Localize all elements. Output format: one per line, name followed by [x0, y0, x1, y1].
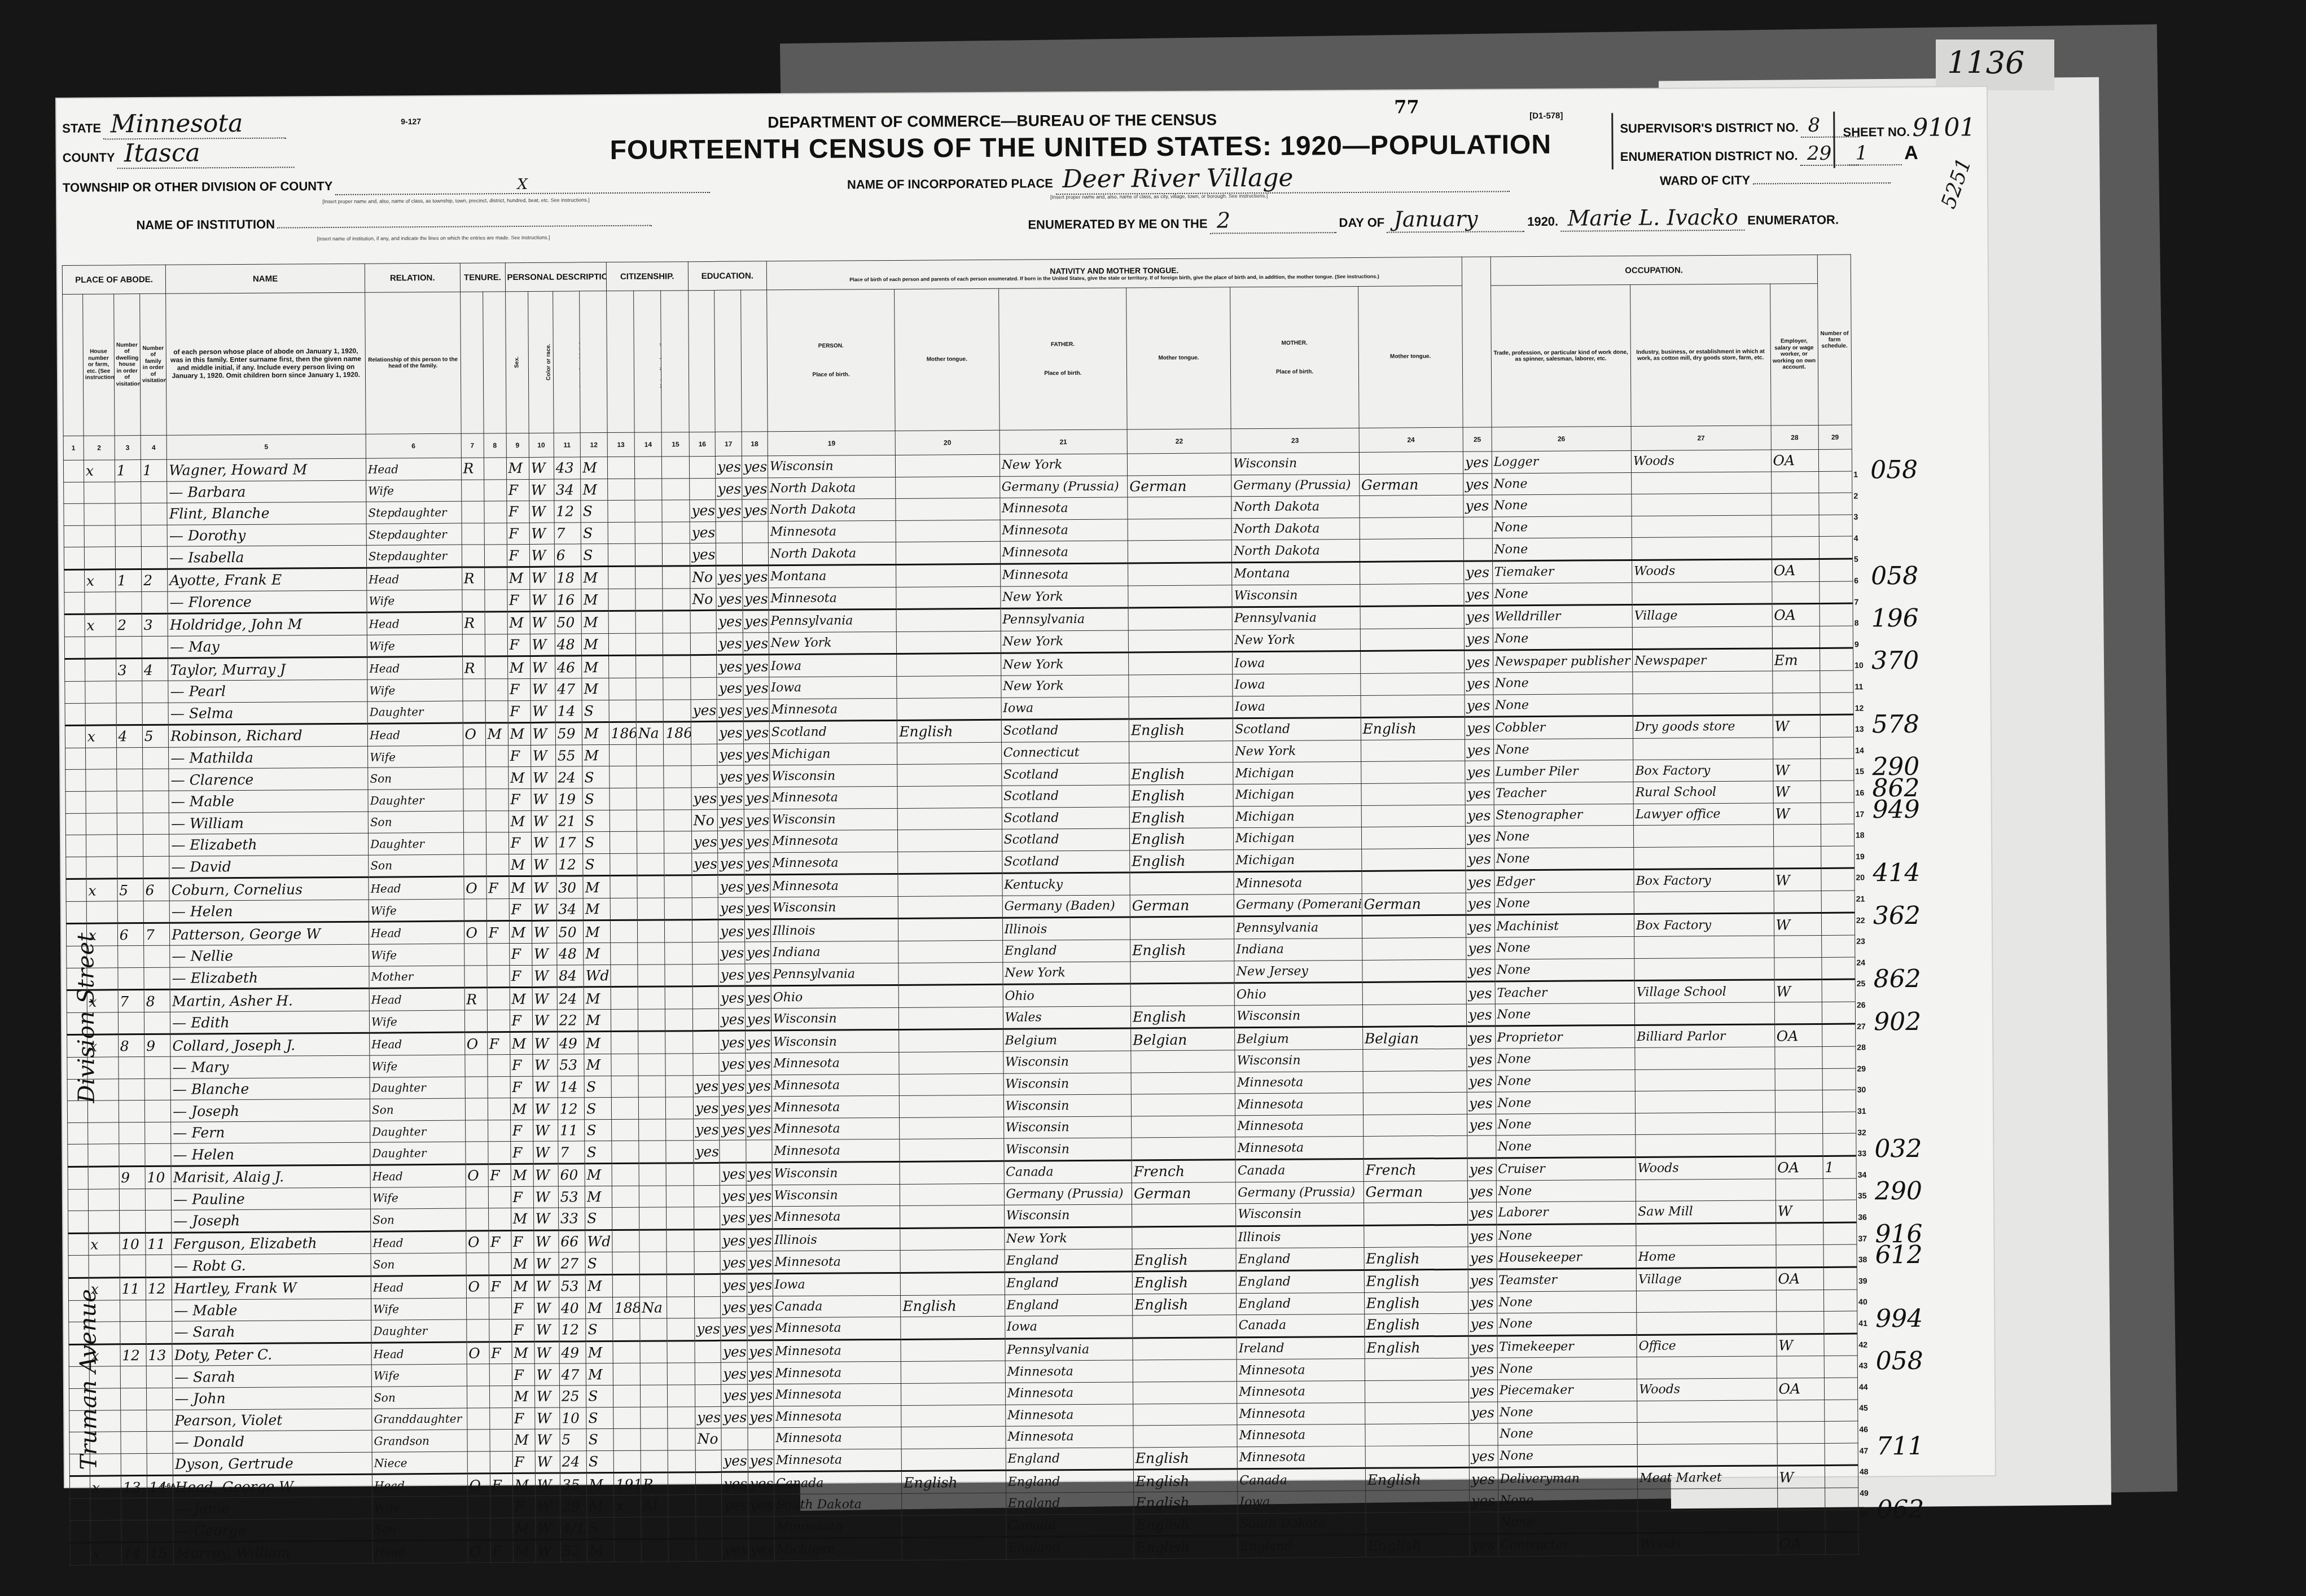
cell-family: 2: [141, 569, 168, 591]
cell-imm: [613, 1450, 641, 1473]
cell-birth: Minnesota: [770, 830, 898, 853]
cell-ftongue: English: [1133, 1446, 1238, 1470]
cell-street: [70, 1542, 90, 1565]
cell-dwelling: [120, 1432, 147, 1454]
cell-relation: Daughter: [368, 789, 463, 812]
cell-family: [147, 1498, 174, 1520]
cell-tongue: [900, 1227, 1005, 1251]
cell-farm: [1820, 648, 1853, 670]
cell-school: yes: [691, 831, 718, 853]
cell-sex: F: [510, 1010, 532, 1032]
cell-english: yes: [1464, 561, 1493, 584]
cell-imm: [608, 566, 635, 589]
cell-relation: Head: [370, 1164, 466, 1187]
cell-name: Patterson, George W: [170, 922, 369, 946]
cell-farm: [1822, 1024, 1855, 1046]
cell-color: W: [534, 1275, 559, 1297]
state-value: Minnesota: [103, 109, 286, 140]
cell-imm: [612, 1163, 639, 1186]
cell-dwelling: [115, 481, 141, 503]
cell-house: [90, 1498, 121, 1520]
cell-natyr: [668, 1385, 695, 1407]
cell-age: 17: [556, 832, 583, 854]
cell-employer: [1777, 1356, 1824, 1378]
cell-trade: Cruiser: [1496, 1157, 1636, 1180]
cell-ftongue: [1129, 652, 1233, 675]
cell-farm: [1824, 1400, 1857, 1422]
cell-write: yes: [745, 1053, 771, 1075]
cell-mbirth: Indiana: [1234, 938, 1362, 961]
cell-mtongue: [1364, 1202, 1468, 1225]
cell-age: 14: [555, 700, 582, 722]
cell-employer: [1773, 737, 1820, 759]
cell-name: Wagner, Howard M: [167, 458, 366, 481]
cell-write: [742, 521, 769, 543]
cell-write: yes: [746, 1097, 772, 1119]
cell-tongue: [896, 586, 1001, 610]
column-number: 21: [999, 429, 1128, 454]
cell-dwelling: 6: [117, 923, 144, 946]
cell-dwelling: 7: [118, 990, 144, 1012]
cell-natyr: [667, 1340, 695, 1363]
cell-write: yes: [747, 1384, 774, 1406]
cell-age: 25: [559, 1385, 586, 1408]
cell-mortgaged: [489, 1408, 512, 1430]
cell-write: yes: [748, 1449, 774, 1472]
cell-english: yes: [1463, 495, 1492, 517]
cell-ftongue: English: [1129, 762, 1234, 785]
cell-mtongue: [1364, 1225, 1468, 1248]
cell-sex: M: [510, 1032, 532, 1055]
cell-read: yes: [716, 610, 743, 633]
cell-family: [145, 1210, 172, 1233]
cell-age: 48: [555, 634, 582, 656]
cell-sex: M: [508, 810, 531, 832]
cell-fbirth: Minnesota: [999, 497, 1128, 520]
occupation-code: 196: [1871, 604, 1919, 633]
cell-farm: [1818, 471, 1852, 493]
department-heading: DEPARTMENT OF COMMERCE—BUREAU OF THE CEN…: [768, 111, 1217, 131]
cell-dwelling: [118, 1057, 144, 1079]
cell-mtongue: [1361, 826, 1466, 849]
cell-write: yes: [745, 1031, 771, 1053]
cell-read: yes: [720, 1274, 747, 1296]
cell-fbirth: Germany (Baden): [1002, 895, 1130, 918]
cell-employer: [1772, 515, 1819, 537]
cell-natyr: [664, 831, 692, 853]
cell-trade: None: [1495, 1047, 1635, 1070]
cell-birth: Minnesota: [774, 1449, 902, 1472]
cell-ftongue: [1128, 630, 1233, 653]
column-number: 3: [115, 436, 141, 460]
cell-sex: M: [508, 723, 531, 746]
cell-nat: [638, 942, 665, 964]
cell-mtongue: English: [1365, 1336, 1469, 1359]
cell-tongue: [901, 1405, 1006, 1427]
cell-industry: [1637, 1312, 1777, 1335]
cell-english: yes: [1468, 1269, 1497, 1292]
cell-age: 55: [555, 745, 582, 767]
cell-farm: [1822, 979, 1855, 1002]
cell-english: yes: [1465, 673, 1493, 695]
enumerator-name: Marie L. Ivacko: [1560, 205, 1744, 232]
cell-imm: [611, 1076, 639, 1098]
cell-ftongue: English: [1132, 1293, 1237, 1316]
cell-dwelling: [117, 856, 143, 879]
cell-employer: W: [1775, 1200, 1823, 1223]
cell-tongue: [896, 520, 1000, 542]
cell-write: yes: [743, 765, 770, 787]
cell-fbirth: Belgium: [1003, 1028, 1131, 1051]
cell-mtongue: [1363, 1092, 1467, 1115]
cell-imm: [608, 589, 635, 611]
cell-relation: Daughter: [367, 701, 463, 724]
cell-dwelling: [120, 1255, 146, 1278]
cell-school: [689, 456, 716, 478]
cell-owned: [466, 1297, 489, 1319]
cell-owned: [464, 966, 486, 988]
cell-relation: Head: [371, 1275, 466, 1299]
cell-relation: Wife: [367, 634, 462, 657]
cell-marital: S: [585, 1208, 612, 1230]
cell-write: yes: [742, 499, 768, 521]
cell-fbirth: Wales: [1003, 1006, 1131, 1029]
cell-english: [1463, 538, 1492, 561]
cell-english: [1467, 1135, 1496, 1158]
cell-english: yes: [1468, 1225, 1497, 1247]
cell-imm: [612, 1318, 640, 1341]
line-number: 42: [1858, 1340, 1867, 1349]
cell-birth: Wisconsin: [772, 1184, 900, 1207]
cell-sex: F: [510, 1054, 532, 1076]
cell-relation: Grandson: [372, 1430, 467, 1452]
cell-color: W: [535, 1473, 560, 1496]
cell-nat: [640, 1385, 668, 1407]
cell-owned: [467, 1452, 490, 1474]
cell-school: No: [690, 565, 716, 588]
line-number: 20: [1856, 873, 1865, 882]
cell-read: yes: [717, 699, 743, 722]
cell-relation: Wife: [367, 590, 462, 613]
column-number: 17: [715, 432, 742, 456]
cell-trade: Logger: [1492, 450, 1632, 473]
cell-owned: [465, 1120, 488, 1142]
cell-tongue: [896, 476, 1000, 499]
cell-school: [692, 986, 719, 1009]
cell-employer: [1776, 1290, 1823, 1312]
cell-english: yes: [1463, 451, 1492, 473]
cell-fbirth: New York: [1001, 675, 1129, 698]
cell-age: 12: [556, 854, 583, 876]
enumeration-district-field: ENUMERATION DISTRICT NO. 29: [1620, 142, 1860, 167]
cell-employer: OA: [1778, 1532, 1825, 1554]
cell-marital: M: [584, 920, 611, 943]
cell-fbirth: Minnesota: [1000, 541, 1128, 564]
cell-trade: None: [1498, 1511, 1638, 1534]
cell-farm: [1822, 1112, 1856, 1134]
cell-write: yes: [743, 677, 769, 699]
group-place-of-abode: PLACE OF ABODE.: [62, 265, 166, 294]
cell-trade: None: [1498, 1444, 1638, 1467]
cell-school: yes: [695, 1406, 722, 1428]
cell-birth: Wisconsin: [771, 1030, 900, 1053]
cell-dwelling: 8: [118, 1034, 144, 1057]
cell-owned: [467, 1408, 489, 1430]
ward-label: WARD OF CITY: [1660, 173, 1750, 188]
cell-birth: Minnesota: [771, 1117, 900, 1140]
cell-imm: [613, 1341, 641, 1363]
cell-marital: M: [581, 633, 608, 656]
enumeration-date-field: ENUMERATED BY ME ON THE 2 DAY OF January…: [1028, 204, 1839, 235]
cell-english: yes: [1470, 1534, 1498, 1556]
cell-trade: None: [1496, 1069, 1636, 1092]
cell-birth: Minnesota: [770, 852, 898, 875]
cell-fbirth: Pennsylvania: [1001, 608, 1129, 631]
cell-fbirth: Iowa: [1005, 1316, 1133, 1339]
cell-mtongue: [1360, 517, 1464, 540]
cell-school: No: [690, 588, 717, 611]
cell-house: [84, 547, 115, 569]
cell-write: yes: [746, 1185, 773, 1207]
cell-birth: Wisconsin: [770, 808, 898, 831]
cell-color: W: [532, 1010, 557, 1032]
cell-industry: Saw Mill: [1636, 1200, 1776, 1224]
cell-mtongue: [1365, 1402, 1469, 1424]
cell-age: 19: [556, 788, 583, 810]
cell-read: yes: [721, 1384, 748, 1406]
cell-birth: Minnesota: [771, 1052, 900, 1075]
cell-fbirth: Illinois: [1002, 917, 1130, 940]
cell-owned: [461, 501, 484, 523]
cell-english: yes: [1465, 761, 1494, 783]
cell-natyr: [662, 478, 690, 500]
occupation-code: 994: [1875, 1304, 1923, 1334]
cell-fbirth: Scotland: [1002, 785, 1130, 808]
cell-mortgaged: [489, 1253, 511, 1275]
cell-name: — David: [169, 855, 369, 879]
cell-owned: [463, 789, 486, 811]
cell-trade: Welldriller: [1493, 605, 1633, 628]
cell-natyr: [668, 1428, 695, 1450]
cell-street: [65, 725, 85, 748]
cell-industry: [1633, 671, 1773, 694]
group-personal-description: PERSONAL DESCRIPTION.: [505, 262, 606, 292]
line-number: 36: [1858, 1212, 1867, 1221]
cell-write: yes: [748, 1472, 774, 1494]
cell-read: [720, 1140, 746, 1163]
cell-natyr: [666, 1119, 694, 1141]
cell-sex: M: [512, 1518, 535, 1540]
enumerated-month: January: [1387, 206, 1524, 233]
cell-trade: Proprietor: [1495, 1025, 1635, 1049]
township-note: [Insert proper name and, also, name of c…: [322, 197, 590, 204]
cell-color: W: [529, 567, 554, 589]
cell-age: 46: [555, 656, 582, 678]
cell-industry: Village: [1632, 604, 1772, 627]
header-family: Number of family in order of visitation.: [139, 293, 166, 435]
cell-ftongue: [1128, 563, 1233, 586]
cell-mortgaged: F: [489, 1341, 512, 1364]
cell-natyr: [667, 1318, 695, 1341]
cell-name: Doty, Peter C.: [172, 1343, 371, 1366]
cell-natyr: [665, 920, 692, 942]
cell-industry: Village School: [1634, 980, 1774, 1003]
cell-school: [690, 478, 716, 500]
cell-relation: Daughter: [370, 1142, 466, 1165]
cell-sex: F: [512, 1364, 534, 1386]
cell-color: W: [536, 1540, 560, 1562]
cell-natyr: [668, 1495, 696, 1517]
cell-english: yes: [1466, 848, 1494, 871]
cell-read: yes: [720, 1207, 747, 1229]
cell-sex: F: [508, 700, 531, 723]
cell-color: W: [533, 1208, 558, 1230]
header-person-birth: PERSON.Place of birth.: [766, 289, 895, 431]
cell-birth: Minnesota: [773, 1251, 901, 1274]
cell-industry: Village: [1636, 1268, 1776, 1291]
cell-trade: Teacher: [1494, 782, 1634, 804]
cell-imm: [613, 1363, 641, 1385]
cell-relation: Wife: [369, 899, 464, 922]
cell-birth: Illinois: [770, 919, 898, 942]
cell-mtongue: [1360, 606, 1465, 629]
cell-family: [147, 1431, 173, 1453]
cell-farm: [1823, 1222, 1857, 1245]
line-number: 47: [1860, 1446, 1869, 1455]
cell-read: yes: [718, 831, 744, 853]
cell-sex: F: [512, 1451, 535, 1474]
cell-ftongue: [1130, 961, 1235, 984]
cell-marital: S: [586, 1450, 613, 1473]
cell-read: yes: [718, 920, 745, 942]
cell-tongue: [902, 1493, 1006, 1515]
cell-relation: Son: [371, 1386, 467, 1409]
cell-tongue: [901, 1339, 1005, 1362]
cell-tongue: [898, 829, 1002, 852]
cell-write: yes: [745, 1009, 771, 1031]
cell-fbirth: Ohio: [1003, 984, 1131, 1007]
cell-mortgaged: F: [486, 921, 509, 944]
cell-mtongue: [1360, 628, 1465, 651]
cell-nat: [635, 479, 663, 501]
cell-age: 21: [556, 810, 583, 832]
cell-imm: [610, 831, 637, 853]
cell-name: Robinson, Richard: [169, 724, 368, 747]
cell-english: yes: [1469, 1401, 1498, 1423]
schedule-rows: x11Wagner, Howard MHeadRMW43MyesyesWisco…: [63, 449, 1858, 1565]
cell-relation: Head: [369, 876, 464, 900]
cell-imm: [613, 1517, 641, 1540]
cell-name: Ferguson, Elizabeth: [172, 1231, 371, 1255]
cell-birth: Wisconsin: [768, 455, 896, 477]
cell-ftongue: English: [1132, 1271, 1237, 1294]
cell-write: [742, 543, 769, 565]
cell-school: [695, 1363, 721, 1385]
cell-industry: [1638, 1488, 1778, 1511]
cell-mtongue: [1360, 584, 1464, 607]
cell-family: [143, 856, 170, 879]
column-number: 2: [84, 436, 115, 460]
cell-natyr: [662, 457, 690, 479]
sheet-number-value-field: 1 A: [1849, 142, 1918, 166]
cell-family: 10: [145, 1166, 172, 1189]
cell-family: [146, 1255, 172, 1278]
cell-farm: [1821, 781, 1854, 803]
cell-imm: [610, 876, 638, 898]
cell-relation: Head: [372, 1540, 468, 1563]
form-code: [D1-578]: [1529, 111, 1563, 121]
cell-trade: None: [1497, 1401, 1637, 1423]
cell-name: — Elizabeth: [169, 833, 369, 856]
cell-natyr: [663, 566, 690, 589]
group-nativity: NATIVITY AND MOTHER TONGUE. Place of bir…: [766, 257, 1462, 290]
cell-industry: Billiard Parlor: [1635, 1024, 1775, 1047]
cell-school: [696, 1516, 722, 1539]
cell-school: [694, 1296, 721, 1318]
cell-age: 14: [558, 1076, 585, 1098]
cell-read: yes: [719, 1031, 746, 1054]
cell-sex: M: [512, 1474, 535, 1496]
cell-color: W: [532, 921, 556, 944]
cell-tongue: [898, 940, 1003, 963]
cell-name: — Barbara: [167, 480, 366, 503]
cell-read: yes: [718, 897, 744, 920]
cell-birth: Scotland: [769, 721, 897, 744]
cell-owned: [464, 1010, 487, 1033]
cell-trade: Laborer: [1496, 1202, 1636, 1225]
cell-ftongue: [1128, 607, 1233, 630]
cell-owned: O: [464, 1032, 487, 1055]
cell-sex: F: [508, 832, 531, 854]
cell-school: [692, 920, 718, 942]
cell-nat: [639, 1230, 667, 1252]
header-naturalized: Naturalized or alien.: [634, 291, 662, 432]
cell-sex: M: [510, 1098, 533, 1120]
cell-street: [65, 703, 85, 726]
cell-owned: [467, 1386, 489, 1408]
cell-dwelling: 3: [116, 659, 142, 681]
cell-employer: [1777, 1510, 1825, 1532]
cell-tongue: [901, 1272, 1005, 1295]
cell-street: [65, 681, 85, 703]
cell-age: 24: [560, 1451, 587, 1474]
year-label: 1920.: [1527, 214, 1558, 229]
cell-mortgaged: [486, 899, 509, 922]
cell-read: [722, 1516, 748, 1539]
line-number: 9: [1855, 639, 1859, 648]
cell-english: yes: [1464, 628, 1493, 651]
cell-ftongue: [1130, 917, 1234, 940]
cell-name: Taylor, Murray J: [168, 657, 367, 681]
cell-nat: [638, 1009, 665, 1032]
cell-read: yes: [717, 765, 744, 787]
cell-fbirth: Minnesota: [1005, 1382, 1133, 1405]
cell-marital: S: [586, 1407, 613, 1429]
cell-house: [85, 681, 116, 703]
cell-mortgaged: [484, 501, 506, 523]
cell-english: yes: [1465, 783, 1494, 805]
cell-sex: M: [507, 612, 530, 634]
cell-age: 16: [555, 589, 582, 611]
cell-mortgaged: [485, 634, 507, 656]
cell-marital: M: [585, 1164, 612, 1186]
cell-dwelling: [115, 503, 141, 525]
cell-trade: None: [1492, 494, 1632, 517]
cell-marital: S: [581, 544, 608, 567]
cell-farm: [1819, 515, 1852, 537]
cell-mtongue: [1361, 848, 1466, 871]
cell-fbirth: Minnesota: [1000, 563, 1128, 586]
